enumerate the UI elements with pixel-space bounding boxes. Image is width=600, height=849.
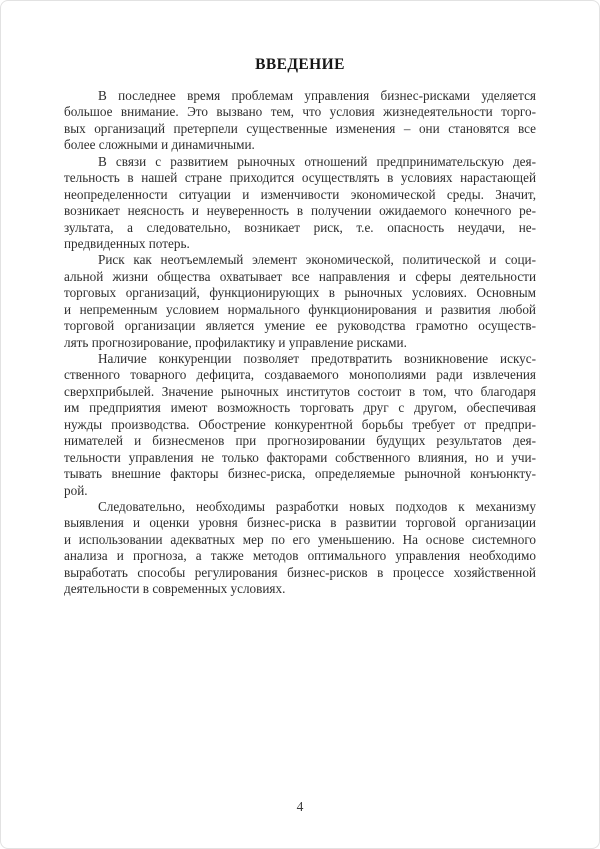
paragraph-line: более сложными и динамичными.: [64, 137, 536, 153]
paragraph-line: торговой организации является умение ее …: [64, 318, 536, 334]
paragraph-line: неопределенности ситуации и изменчивости…: [64, 187, 536, 203]
paragraph-line: возникает неясность и неуверенность в по…: [64, 203, 536, 219]
paragraph-line: и непременным условием нормального функц…: [64, 302, 536, 318]
paragraph-line: Наличие конкуренции позволяет предотврат…: [64, 351, 536, 367]
paragraph-line: выработать способы регулирования бизнес-…: [64, 565, 536, 581]
paragraph-line: ственного товарного дефицита, создаваемо…: [64, 367, 536, 383]
paragraph-line: предвиденных потерь.: [64, 236, 536, 252]
page-title: ВВЕДЕНИЕ: [64, 57, 536, 73]
paragraph-line: анализа и прогноза, а также методов опти…: [64, 548, 536, 564]
paragraph-line: нимателей и бизнесменов при прогнозирова…: [64, 433, 536, 449]
paragraph-line: тельность в нашей стране приходится осущ…: [64, 170, 536, 186]
book-page: ВВЕДЕНИЕ В последнее время проблемам упр…: [0, 0, 600, 849]
paragraph-line: лять прогнозирование, профилактику и упр…: [64, 335, 536, 351]
paragraph-line: Риск как неотъемлемый элемент экономичес…: [64, 252, 536, 268]
paragraph-line: альной жизни общества охватывает все нап…: [64, 269, 536, 285]
paragraph-line: выявления и оценки уровня бизнес-риска в…: [64, 515, 536, 531]
paragraph-line: вых организаций претерпели существенные …: [64, 121, 536, 137]
paragraph-line: тывать внешние факторы бизнес-риска, опр…: [64, 466, 536, 482]
paragraph-line: большое внимание. Это вызвано тем, что у…: [64, 104, 536, 120]
paragraph-line: тельности управления не только факторами…: [64, 450, 536, 466]
paragraph-line: В последнее время проблемам управления б…: [64, 88, 536, 104]
paragraph-line: В связи с развитием рыночных отношений п…: [64, 154, 536, 170]
page-number: 4: [1, 799, 599, 815]
page-content: ВВЕДЕНИЕ В последнее время проблемам упр…: [1, 1, 599, 598]
paragraph-line: Следовательно, необходимы разработки нов…: [64, 499, 536, 515]
paragraph-line: деятельности в современных условиях.: [64, 581, 536, 597]
paragraph-line: зультата, а следовательно, возникает рис…: [64, 220, 536, 236]
paragraph-line: торговых организаций, функционирующих в …: [64, 285, 536, 301]
paragraph-line: им предприятия имеют возможность торгова…: [64, 400, 536, 416]
paragraph-line: сверхприбылей. Значение рыночных институ…: [64, 384, 536, 400]
paragraph-line: рой.: [64, 483, 536, 499]
paragraph-line: нужды производства. Обострение конкурент…: [64, 417, 536, 433]
introduction-text: В последнее время проблемам управления б…: [64, 88, 536, 598]
paragraph-line: и использовании адекватных мер по его ум…: [64, 532, 536, 548]
